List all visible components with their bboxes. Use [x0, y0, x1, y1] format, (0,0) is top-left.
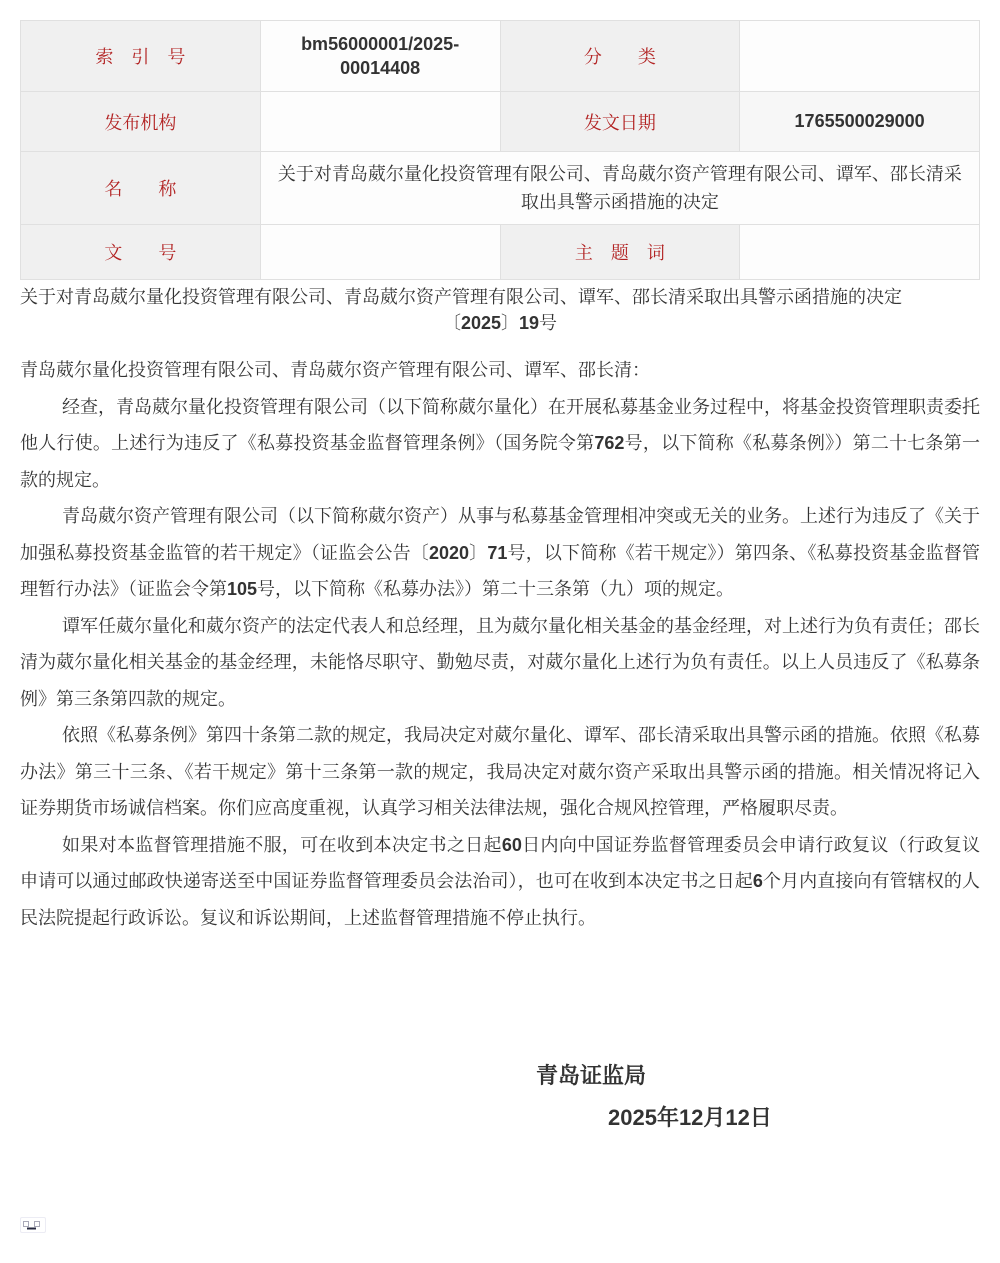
body-paragraph-4: 依照《私募条例》第四十条第二款的规定，我局决定对葳尔量化、谭军、邵长清采取出具警… [20, 717, 980, 827]
keywords-label: 主 题 词 [500, 225, 740, 280]
salutation: 青岛葳尔量化投资管理有限公司、青岛葳尔资产管理有限公司、谭军、邵长清： [20, 352, 980, 389]
issue-date-value: 1765500029000 [740, 92, 980, 152]
document-page: 索 引 号 bm56000001/2025- 00014408 分 类 发布机构… [0, 0, 1000, 1263]
signature-date: 2025年12月12日 [608, 1097, 980, 1139]
issuing-org-value [260, 92, 500, 152]
issue-date-label: 发文日期 [500, 92, 740, 152]
index-value: bm56000001/2025- 00014408 [260, 21, 500, 92]
category-value [740, 21, 980, 92]
name-value: 关于对青岛葳尔量化投资管理有限公司、青岛葳尔资产管理有限公司、谭军、邵长清采取出… [260, 152, 979, 225]
document-meta-table: 索 引 号 bm56000001/2025- 00014408 分 类 发布机构… [20, 20, 980, 280]
meta-row-docno-keywords: 文 号 主 题 词 [21, 225, 980, 280]
body-paragraph-5: 如果对本监督管理措施不服，可在收到本决定书之日起60日内向中国证券监督管理委员会… [20, 827, 980, 937]
meta-row-issuer-date: 发布机构 发文日期 1765500029000 [21, 92, 980, 152]
name-label: 名 称 [21, 152, 261, 225]
category-label: 分 类 [500, 21, 740, 92]
index-label: 索 引 号 [21, 21, 261, 92]
signature-issuer: 青岛证监局 [536, 1055, 980, 1097]
body-paragraph-2: 青岛葳尔资产管理有限公司（以下简称葳尔资产）从事与私募基金管理相冲突或无关的业务… [20, 498, 980, 608]
keywords-value [740, 225, 980, 280]
body-paragraph-3: 谭军任葳尔量化和葳尔资产的法定代表人和总经理，且为葳尔量化相关基金的基金经理，对… [20, 608, 980, 718]
document-body: 青岛葳尔量化投资管理有限公司、青岛葳尔资产管理有限公司、谭军、邵长清： 经查，青… [20, 352, 980, 936]
document-number: 〔2025〕19号 [20, 310, 980, 336]
broken-image-glyph [22, 1220, 42, 1232]
document-title: 关于对青岛葳尔量化投资管理有限公司、青岛葳尔资产管理有限公司、谭军、邵长清采取出… [20, 284, 980, 310]
body-paragraph-1: 经查，青岛葳尔量化投资管理有限公司（以下简称葳尔量化）在开展私募基金业务过程中，… [20, 389, 980, 499]
doc-number-label: 文 号 [21, 225, 261, 280]
meta-row-name: 名 称 关于对青岛葳尔量化投资管理有限公司、青岛葳尔资产管理有限公司、谭军、邵长… [21, 152, 980, 225]
doc-number-value [260, 225, 500, 280]
signature-block: 青岛证监局 2025年12月12日 [20, 1055, 980, 1139]
issuing-org-label: 发布机构 [21, 92, 261, 152]
meta-row-index-category: 索 引 号 bm56000001/2025- 00014408 分 类 [21, 21, 980, 92]
broken-image-icon [20, 1217, 46, 1233]
